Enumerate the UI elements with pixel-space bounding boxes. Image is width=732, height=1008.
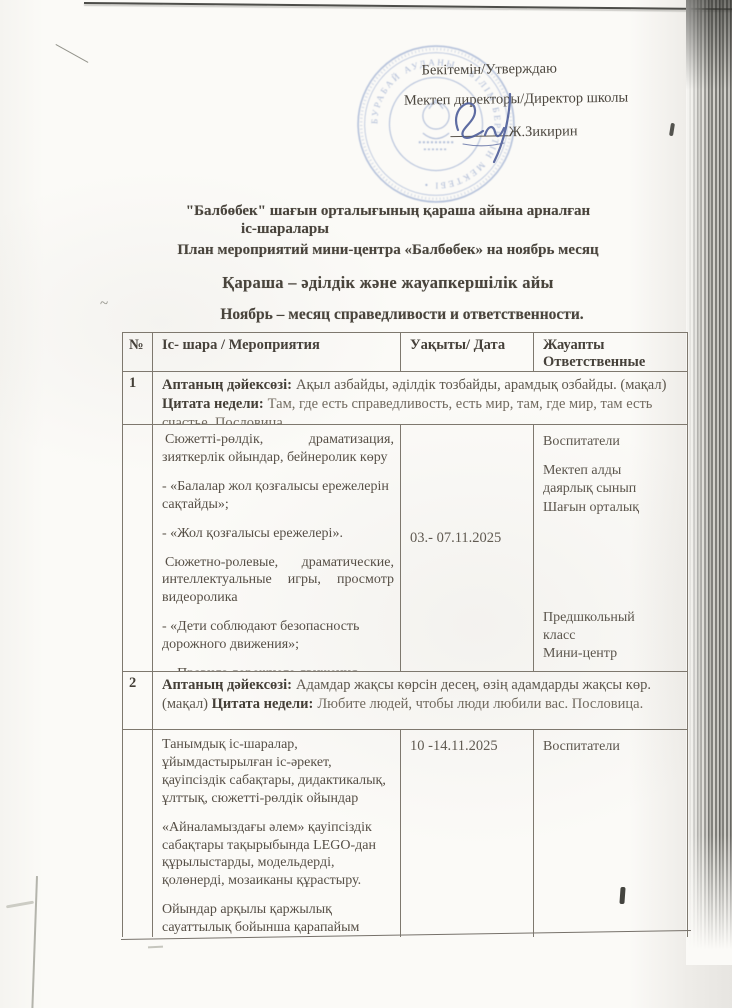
week1-activity-ru-intro: Сюжетно-ролевые, драматические, интеллек… — [162, 554, 394, 608]
faint-dash-artifact — [148, 946, 163, 949]
ink-speck-artifact — [669, 123, 675, 136]
week2-activity-p1: Танымдық іс-шаралар, ұйымдастырылған іс-… — [162, 736, 394, 808]
document-title-block: "Балбөбек" шағын орталығының қараша айын… — [112, 202, 664, 324]
week1-resp-top: Воспитатели — [543, 433, 681, 451]
scan-edge-right — [686, 0, 732, 965]
week2-quote-row: 2 Аптаның дәйексөзі:Адамдар жақсы көрсін… — [122, 672, 688, 730]
week1-activity-kz-item2: - «Жол қозғалысы ережелері». — [162, 525, 394, 543]
title-ru-line: План мероприятий мини-центра «Балбөбек» … — [112, 242, 664, 259]
week2-activity-p2: «Айналамыздағы әлем» қауіпсіздік сабақта… — [162, 819, 394, 891]
week2-activity-p3: Ойындар арқылы қаржылық сауаттылық бойын… — [162, 901, 394, 937]
approve-label: Бекітемін/Утверждаю — [403, 60, 653, 79]
title-kz-line2: іс-шаралары — [9, 221, 561, 238]
week1-activity-ru-item2: - «Правила дорожного движения». — [162, 665, 394, 672]
week1-date-cell: 03.- 07.11.2025 — [400, 425, 533, 672]
week2-quote-cell: Аптаның дәйексөзі:Адамдар жақсы көрсін д… — [152, 672, 688, 730]
week1-date: 03.- 07.11.2025 — [410, 530, 527, 547]
week1-activity-kz-intro: Сюжетті-рөлдік, драматизация, зияткерлік… — [162, 431, 394, 467]
week1-number: 1 — [129, 375, 136, 391]
week2-activities-row: Танымдық іс-шаралар, ұйымдастырылған іс-… — [122, 730, 688, 937]
week1-resp-kz: Мектеп алды даярлық сынып Шағын орталық — [543, 462, 681, 517]
week1-activity-kz-item1: - «Балалар жол қозғалысы ережелерін сақт… — [162, 478, 394, 514]
week2-quote-ru-text: Любите людей, чтобы люди любили вас. Пос… — [317, 696, 643, 712]
week2-date-cell: 10 -14.11.2025 — [400, 730, 533, 937]
faint-squiggle-artifact — [6, 901, 34, 909]
pencil-mark-artifact — [56, 44, 89, 63]
header-responsible: Жауапты Ответственные — [533, 332, 688, 372]
week1-resp-bottom: Предшкольный класс Мини-центр — [543, 609, 681, 664]
week2-empty-num-cell — [122, 730, 152, 937]
week1-empty-num-cell — [122, 425, 152, 672]
month-theme-kz: Қараша – әділдік және жауапкершілік айы — [112, 273, 664, 293]
week1-activity-cell: Сюжетті-рөлдік, драматизация, зияткерлік… — [152, 425, 400, 672]
header-num: № — [122, 332, 152, 372]
week1-quote-cell: Аптаның дәйексөзі:Ақыл азбайды, әділдік … — [152, 372, 688, 425]
scanned-document-page: БУРАБАЙ АУДАНЫ • БІЛІМ БЕРЕТІН МЕКТЕБІ •… — [0, 0, 732, 1008]
header-event: Іс- шара / Мероприятия — [152, 332, 400, 372]
week2-date: 10 -14.11.2025 — [410, 738, 527, 755]
week1-quote-ru-label: Цитата недели: — [162, 396, 264, 412]
week1-quote-row: 1 Аптаның дәйексөзі:Ақыл азбайды, әділді… — [122, 372, 688, 425]
week1-activity-ru-item1: - «Дети соблюдают безопасность дорожного… — [162, 618, 394, 654]
week1-activities-row: Сюжетті-рөлдік, драматизация, зияткерлік… — [122, 425, 688, 672]
week2-quote-kz-label: Аптаның дәйексөзі: — [162, 677, 292, 693]
week2-resp: Воспитатели — [543, 738, 681, 756]
header-date: Уақыты/ Дата — [400, 332, 533, 372]
week1-quote-kz-text: Ақыл азбайды, әділдік тозбайды, арамдық … — [296, 377, 666, 393]
month-theme-ru: Ноябрь – месяц справедливости и ответств… — [126, 306, 678, 324]
paper-crease-artifact — [31, 876, 37, 1008]
week2-number: 2 — [129, 675, 136, 691]
week2-quote-ru-label: Цитата недели: — [212, 696, 314, 712]
week2-responsible-cell: Воспитатели — [533, 730, 688, 937]
tilde-mark-artifact: ~ — [100, 296, 108, 313]
scan-edge-top — [84, 2, 732, 10]
table-header-row: № Іс- шара / Мероприятия Уақыты/ Дата Жа… — [122, 332, 688, 372]
scan-edge-right-shadow — [686, 0, 732, 90]
week2-activity-cell: Танымдық іс-шаралар, ұйымдастырылған іс-… — [152, 730, 400, 937]
week1-responsible-cell: Воспитатели Мектеп алды даярлық сынып Ша… — [533, 425, 688, 672]
handwritten-signature — [432, 88, 564, 170]
week1-quote-kz-label: Аптаның дәйексөзі: — [162, 377, 292, 393]
events-plan-table: № Іс- шара / Мероприятия Уақыты/ Дата Жа… — [122, 332, 688, 937]
title-kz-line1: "Балбөбек" шағын орталығының қараша айын… — [112, 202, 664, 221]
